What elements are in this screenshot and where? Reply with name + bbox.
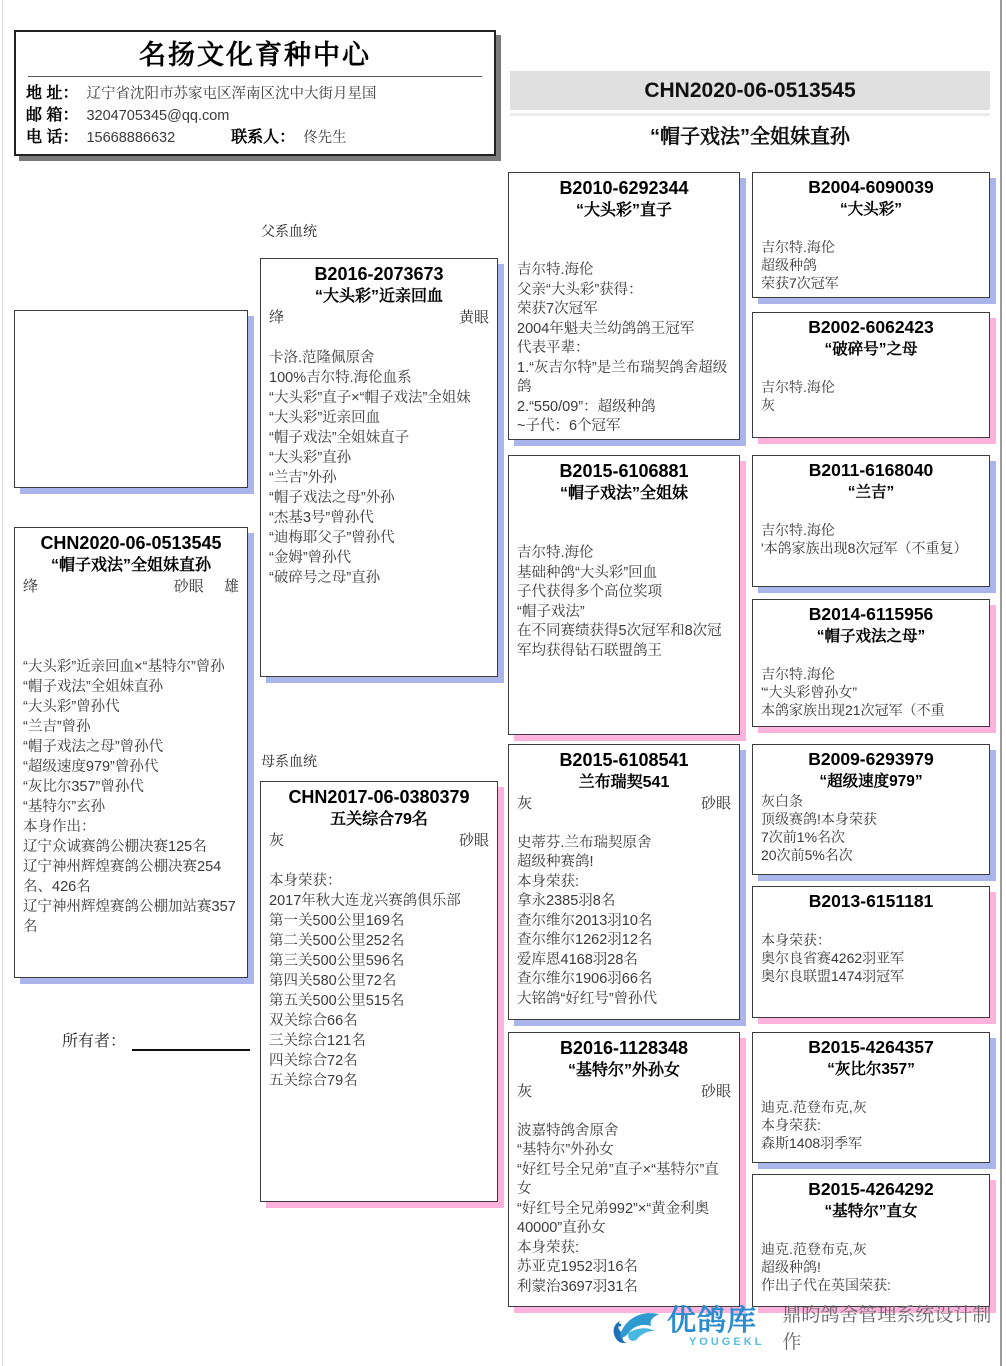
divider bbox=[28, 76, 482, 77]
pedigree-card-dam-sire-dam: B2013-6151181 本身荣获：奥尔良省赛4262羽亚军奥尔良联盟1474… bbox=[752, 886, 990, 1018]
pedigree-card-sire-dam-sire: B2011-6168040 “兰吉” 吉尔特.海伦'本鸽家族出现8次冠军（不重复… bbox=[752, 455, 990, 587]
eye-color: 砂眼 bbox=[701, 1083, 731, 1100]
pigeon-name: 五关综合79名 bbox=[261, 809, 497, 831]
ring-number: B2009-6293979 bbox=[753, 748, 989, 771]
ring-number: B2014-6115956 bbox=[753, 603, 989, 626]
pigeon-name: “帽子戏法”全姐妹 bbox=[509, 483, 739, 505]
ring-number: B2010-6292344 bbox=[509, 176, 739, 200]
feather-color: 灰 bbox=[517, 794, 532, 814]
ring-number: CHN2020-06-0513545 bbox=[15, 531, 247, 555]
pigeon-name: “基特尔”直女 bbox=[753, 1201, 989, 1222]
eye-color: 砂眼 bbox=[174, 578, 204, 595]
pigeon-details: 波嘉特鸽舍原舍“基特尔”外孙女“好红号全兄弟”直子×“基特尔”直女“好红号全兄弟… bbox=[509, 1102, 739, 1297]
feather-color: 绛 bbox=[23, 577, 38, 597]
pigeon-details: 吉尔特.海伦'“大头彩曾孙女”本鸽家族出现21次冠军（不重 bbox=[753, 647, 989, 719]
pedigree-card-sire-sire-dam: B2002-6062423 “破碎号”之母 吉尔特.海伦灰 bbox=[752, 312, 990, 438]
pedigree-card-dam-sire-sire: B2009-6293979 “超级速度979” 灰白条顶级赛鸽!本身荣获7次前1… bbox=[752, 744, 990, 875]
pigeon-details: 本身荣获：奥尔良省赛4262羽亚军奥尔良联盟1474羽冠军 bbox=[753, 913, 989, 985]
pedigree-card-dam-dam-dam: B2015-4264292 “基特尔”直女 迪克.范登布克,灰超级种鸽!作出子代… bbox=[752, 1174, 990, 1307]
pigeon-details: 吉尔特.海伦父亲“大头彩”获得：荣获7次冠军2004年魁夫兰幼鸽鸽王冠军代表平辈… bbox=[509, 222, 739, 437]
footer-tagline: 鼎昀鸽舍管理系统设计制作 bbox=[782, 1300, 1006, 1354]
ring-number: B2015-4264357 bbox=[753, 1036, 989, 1059]
pigeon-name: “超级速度979” bbox=[753, 771, 989, 792]
ring-number: B2011-6168040 bbox=[753, 459, 989, 482]
pedigree-card-dam-dam: B2016-1128348 “基特尔”外孙女 灰 砂眼 波嘉特鸽舍原舍“基特尔”… bbox=[508, 1032, 740, 1307]
pedigree-card-dam: CHN2017-06-0380379 五关综合79名 灰 砂眼 本身荣获：201… bbox=[260, 781, 498, 1202]
pigeon-name: “大头彩”近亲回血 bbox=[261, 286, 497, 308]
sex-label: 雄 bbox=[224, 578, 239, 595]
pigeon-name: 兰布瑞契541 bbox=[509, 772, 739, 794]
address-value: 辽宁省沈阳市苏家屯区浑南区沈中大街月星国 bbox=[86, 84, 376, 105]
pigeon-details: 迪克.范登布克,灰超级种鸽!作出子代在英国荣获: bbox=[753, 1222, 989, 1294]
pigeon-details: 本身荣获：2017年秋大连龙兴赛鸽俱乐部第一关500公里169名第二关500公里… bbox=[261, 851, 497, 1091]
pigeon-name: “帽子戏法”全姐妹直孙 bbox=[15, 555, 247, 577]
ring-number: B2015-6108541 bbox=[509, 748, 739, 772]
email-label: 邮 箱： bbox=[26, 105, 78, 126]
pigeon-name: “基特尔”外孙女 bbox=[509, 1060, 739, 1082]
pedigree-card-sire: B2016-2073673 “大头彩”近亲回血 绛 黄眼 卡洛.范隆佩原舍100… bbox=[260, 258, 498, 677]
feather-color: 灰 bbox=[517, 1082, 532, 1102]
pigeon-details: “大头彩”近亲回血×“基特尔”曾孙“帽子戏法”全姐妹直孙“大头彩”曾孙代“兰吉”… bbox=[15, 597, 247, 937]
eye-color: 黄眼 bbox=[459, 309, 489, 326]
pigeon-details: 迪克.范登布克,灰本身荣获:森斯1408羽季军 bbox=[753, 1080, 989, 1152]
ring-number: B2015-6106881 bbox=[509, 459, 739, 483]
owner-blank-line bbox=[132, 1033, 250, 1051]
ring-number: CHN2017-06-0380379 bbox=[261, 785, 497, 809]
pedigree-card-sire-sire: B2010-6292344 “大头彩”直子 吉尔特.海伦父亲“大头彩”获得：荣获… bbox=[508, 172, 740, 440]
loft-title: 名扬文化育种中心 bbox=[26, 38, 484, 72]
ring-number: B2016-1128348 bbox=[509, 1036, 739, 1060]
father-line-label: 父系血统 bbox=[261, 221, 317, 241]
page-left-border bbox=[2, 0, 3, 1366]
ring-number: B2016-2073673 bbox=[261, 262, 497, 286]
eye-color: 砂眼 bbox=[701, 795, 731, 812]
pigeon-details: 吉尔特.海伦灰 bbox=[753, 360, 989, 414]
email-value: 3204705345@qq.com bbox=[86, 106, 229, 127]
pigeon-name: “大头彩” bbox=[753, 199, 989, 220]
pigeon-title: “帽子戏法”全姐妹直孙 bbox=[510, 120, 990, 149]
pigeon-name: “大头彩”直子 bbox=[509, 200, 739, 222]
pedigree-card-self: CHN2020-06-0513545 “帽子戏法”全姐妹直孙 绛 砂眼 雄 “大… bbox=[14, 527, 248, 978]
pigeon-details: 灰白条顶级赛鸽!本身荣获7次前1%名次20次前5%名次 bbox=[753, 792, 989, 864]
page-right-border bbox=[1000, 0, 1002, 1366]
pedigree-card-sire-sire-sire: B2004-6090039 “大头彩” 吉尔特.海伦超级种鸽荣获7次冠军 bbox=[752, 172, 990, 298]
ring-number: B2013-6151181 bbox=[753, 890, 989, 913]
pedigree-card-sire-dam: B2015-6106881 “帽子戏法”全姐妹 吉尔特.海伦基础种鸽“大头彩”回… bbox=[508, 455, 740, 735]
ring-number-banner: CHN2020-06-0513545 bbox=[510, 71, 990, 110]
photo-box bbox=[14, 310, 248, 488]
pigeon-details: 吉尔特.海伦基础种鸽“大头彩”回血子代获得多个高位奖项“帽子戏法”在不同赛绩获得… bbox=[509, 505, 739, 661]
ring-number: B2002-6062423 bbox=[753, 316, 989, 339]
contact-value: 佟先生 bbox=[303, 128, 347, 149]
pigeon-name: “破碎号”之母 bbox=[753, 339, 989, 360]
pigeon-details: 吉尔特.海伦超级种鸽荣获7次冠军 bbox=[753, 220, 989, 292]
logo-subtext: YOUGEKL bbox=[689, 1336, 764, 1348]
address-label: 地 址： bbox=[26, 83, 78, 104]
footer: 优鸽库 YOUGEKL 鼎昀鸽舍管理系统设计制作 bbox=[608, 1300, 1006, 1354]
pigeon-details: 史蒂芬.兰布瑞契原舍超级种赛鸽!本身荣获:拿永2385羽8名查尔维尔2013羽1… bbox=[509, 814, 739, 1009]
pedigree-card-dam-sire: B2015-6108541 兰布瑞契541 灰 砂眼 史蒂芬.兰布瑞契原舍超级种… bbox=[508, 744, 740, 1020]
pedigree-card-dam-dam-sire: B2015-4264357 “灰比尔357” 迪克.范登布克,灰本身荣获:森斯1… bbox=[752, 1032, 990, 1163]
bird-logo-icon bbox=[608, 1301, 661, 1353]
owner-label: 所有者： bbox=[62, 1028, 126, 1051]
feather-color: 绛 bbox=[269, 308, 284, 328]
pigeon-name: “兰吉” bbox=[753, 482, 989, 503]
ring-number: B2004-6090039 bbox=[753, 176, 989, 199]
ring-number: B2015-4264292 bbox=[753, 1178, 989, 1201]
pigeon-details: 卡洛.范隆佩原舍100%吉尔特.海伦血系“大头彩”直子×“帽子戏法”全姐妹“大头… bbox=[261, 328, 497, 588]
pigeon-name: “帽子戏法之母” bbox=[753, 626, 989, 647]
pigeon-details: 吉尔特.海伦'本鸽家族出现8次冠军（不重复） bbox=[753, 503, 989, 557]
phone-label: 电 话： bbox=[26, 127, 78, 148]
logo-text: 优鸽库 bbox=[667, 1306, 764, 1336]
feather-color: 灰 bbox=[269, 831, 284, 851]
contact-label: 联系人： bbox=[231, 127, 295, 148]
mother-line-label: 母系血统 bbox=[261, 751, 317, 771]
pigeon-name: “灰比尔357” bbox=[753, 1059, 989, 1080]
pedigree-card-sire-dam-dam: B2014-6115956 “帽子戏法之母” 吉尔特.海伦'“大头彩曾孙女”本鸽… bbox=[752, 599, 990, 727]
loft-info-box: 名扬文化育种中心 地 址： 辽宁省沈阳市苏家屯区浑南区沈中大街月星国 邮 箱： … bbox=[14, 30, 496, 156]
banner-strip bbox=[510, 113, 990, 116]
eye-color: 砂眼 bbox=[459, 832, 489, 849]
phone-value: 15668886632 bbox=[86, 128, 175, 149]
owner-row: 所有者： bbox=[62, 1028, 250, 1051]
